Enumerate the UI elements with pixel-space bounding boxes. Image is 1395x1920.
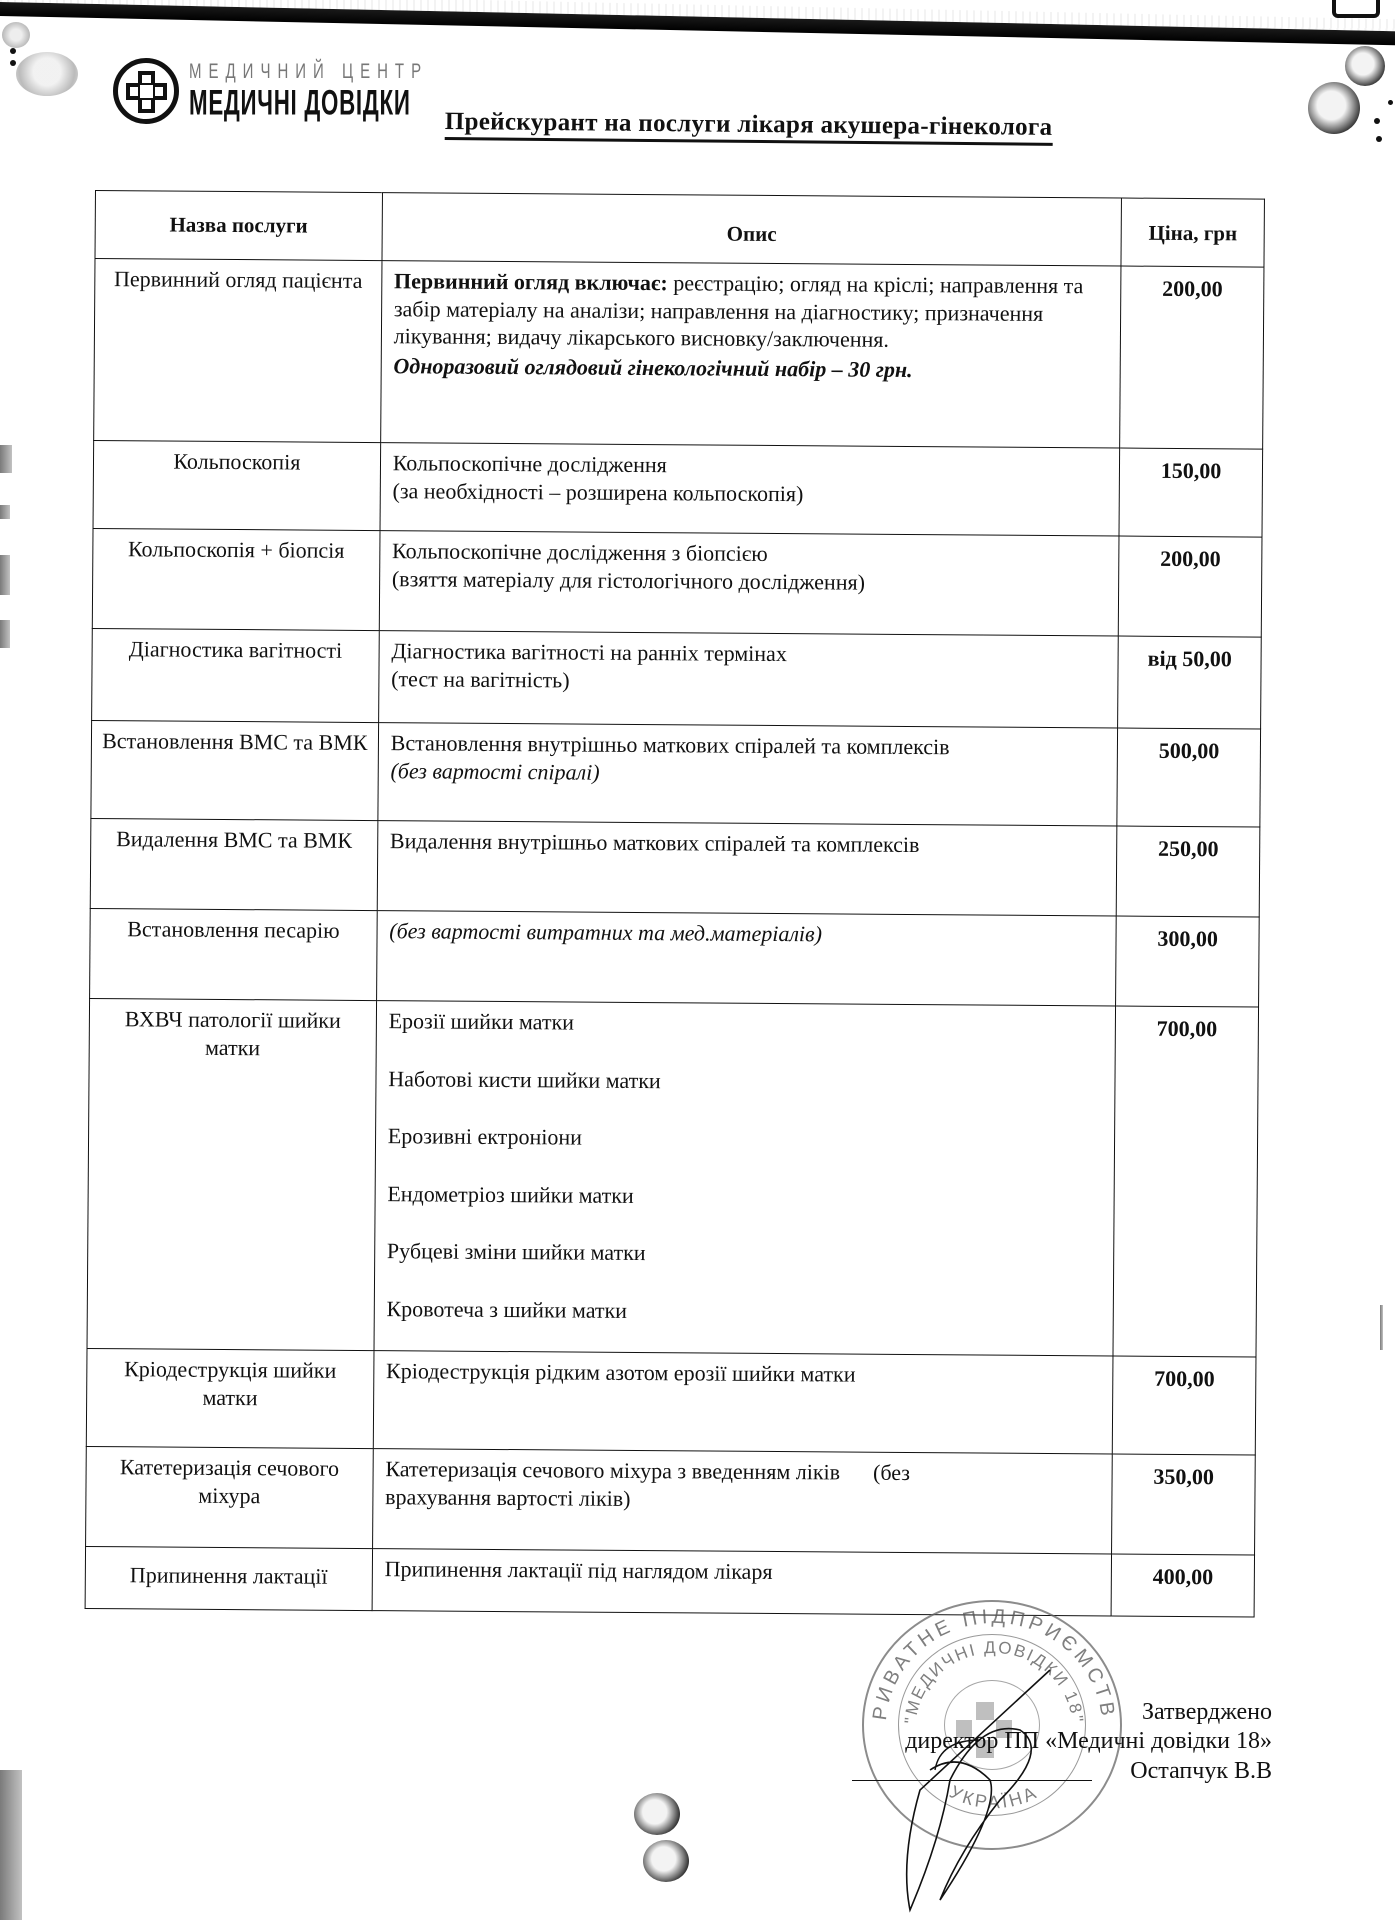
punch-hole-mark (1308, 82, 1360, 134)
description-line: (тест на вагітність) (391, 665, 1106, 698)
header-description: Опис (382, 193, 1122, 266)
scan-artifact (1332, 0, 1380, 18)
service-description: Встановлення внутрішньо маткових спірале… (378, 723, 1118, 826)
punch-hole-mark (2, 22, 30, 48)
service-name: Катетеризація сечового міхура (86, 1446, 373, 1548)
description-note: Одноразовий оглядовий гінекологічний наб… (393, 352, 1108, 385)
service-name: Діагностика вагітності (92, 628, 379, 722)
scan-edge-mark (1380, 1305, 1383, 1350)
table-row: Діагностика вагітності Діагностика вагіт… (92, 628, 1262, 729)
service-price: 150,00 (1119, 448, 1262, 537)
service-price: 500,00 (1117, 728, 1261, 827)
service-price: 200,00 (1120, 266, 1264, 449)
service-name: Кріодеструкція шийки матки (86, 1348, 373, 1448)
service-name: Припинення лактації (85, 1546, 372, 1610)
approval-signatory: Остапчук В.В (905, 1757, 1272, 1786)
table-header-row: Назва послуги Опис Ціна, грн (95, 191, 1264, 268)
condition-item: Кровотеча з шийки матки (386, 1295, 1101, 1328)
medical-cross-icon (113, 58, 179, 124)
punch-hole-mark (16, 52, 78, 96)
service-description: Кольпоскопічне дослідження (за необхідно… (380, 443, 1120, 536)
service-description: Кріодеструкція рідким азотом ерозії шийк… (373, 1351, 1113, 1454)
description-line: (за необхідності – розширена кольпоскопі… (392, 477, 1107, 510)
service-price: 250,00 (1116, 826, 1259, 917)
service-price: 700,00 (1113, 1006, 1258, 1357)
logo-name: МЕДИЧНІ ДОВІДКИ (189, 85, 411, 121)
description-line: Припинення лактації під наглядом лікаря (385, 1555, 1100, 1588)
price-table: Назва послуги Опис Ціна, грн Первинний о… (85, 190, 1265, 1618)
description-italic-note: (без вартості спіралі) (390, 757, 1105, 790)
table-row: Катетеризація сечового міхура Катетериза… (86, 1446, 1256, 1555)
table-row: Встановлення ВМС та ВМК Встановлення вну… (91, 720, 1261, 827)
service-description: Катетеризація сечового міхура з введення… (372, 1449, 1112, 1554)
service-name: Видалення ВМС та ВМК (90, 818, 377, 910)
service-price: 350,00 (1112, 1454, 1256, 1555)
header-price: Ціна, грн (1121, 198, 1264, 267)
description-line: Видалення внутрішньо маткових спіралей т… (390, 827, 1105, 860)
table-row: Встановлення песарію (без вартості витра… (90, 908, 1260, 1007)
header-service-name: Назва послуги (95, 191, 382, 261)
service-name: Кольпоскопія (93, 440, 380, 530)
service-description: Видалення внутрішньо маткових спіралей т… (377, 821, 1117, 916)
scan-edge-mark (0, 555, 10, 595)
service-description: Діагностика вагітності на ранніх терміна… (378, 631, 1118, 728)
condition-item: Ерозивні ектроніони (388, 1122, 1103, 1155)
approval-block: Затверджено директор ПП «Медичні довідки… (905, 1698, 1272, 1786)
description-line: Кріодеструкція рідким азотом ерозії шийк… (386, 1357, 1101, 1390)
description-italic-note: (без вартості витратних та мед.матеріалі… (389, 917, 1104, 950)
service-price: 400,00 (1111, 1554, 1254, 1617)
approval-label: Затверджено (905, 1698, 1272, 1727)
scan-dot (10, 60, 16, 66)
scan-edge-mark (0, 505, 10, 519)
service-description: Первинний огляд включає: реєстрацію; огл… (380, 261, 1121, 448)
page-title: Прейскурант на послуги лікаря акушера-гі… (445, 108, 1053, 146)
table-row: Видалення ВМС та ВМК Видалення внутрішнь… (90, 818, 1260, 917)
condition-item: Рубцеві зміни шийки матки (387, 1237, 1102, 1270)
punch-hole-mark (1345, 46, 1385, 86)
approval-position: директор ПП «Медичні довідки 18» (905, 1727, 1272, 1756)
service-price: від 50,00 (1118, 636, 1261, 729)
clinic-logo: МЕДИЧНИЙ ЦЕНТР МЕДИЧНІ ДОВІДКИ (113, 58, 497, 124)
scan-edge-shadow (0, 2, 1395, 46)
price-table-container: Назва послуги Опис Ціна, грн Первинний о… (85, 190, 1265, 1618)
service-name: Кольпоскопія + біопсія (92, 528, 379, 630)
service-price: 300,00 (1116, 916, 1259, 1007)
scan-dot (1388, 100, 1393, 105)
service-name: Встановлення песарію (90, 908, 377, 1000)
punch-hole-mark (643, 1840, 689, 1882)
table-row: Кріодеструкція шийки матки Кріодеструкці… (86, 1348, 1256, 1455)
scan-dot (1376, 136, 1382, 142)
scan-edge-mark (0, 445, 12, 473)
punch-hole-mark (634, 1793, 680, 1835)
condition-item: Ендометріоз шийки матки (387, 1180, 1102, 1213)
service-description: (без вартості витратних та мед.матеріалі… (376, 911, 1116, 1006)
service-price: 200,00 (1118, 536, 1262, 637)
scan-dot (1374, 118, 1380, 124)
service-description: Кольпоскопічне дослідження з біопсією (в… (379, 531, 1119, 636)
description-line: врахування вартості ліків) (385, 1483, 1100, 1516)
condition-item: Ерозії шийки матки (389, 1007, 1104, 1040)
service-name: Встановлення ВМС та ВМК (91, 720, 378, 820)
condition-item: Наботові кисти шийки матки (388, 1065, 1103, 1098)
logo-subtitle: МЕДИЧНИЙ ЦЕНТР (189, 61, 497, 82)
table-row: ВХВЧ патології шийки матки Ерозії шийки … (87, 998, 1259, 1357)
service-price: 700,00 (1112, 1356, 1256, 1455)
service-name: Первинний огляд пацієнта (94, 259, 382, 443)
table-row: Кольпоскопія + біопсія Кольпоскопічне до… (92, 528, 1262, 637)
scan-dot (10, 48, 16, 54)
description-bold-lead: Первинний огляд включає: (394, 268, 668, 295)
description-line: (взяття матеріалу для гістологічного дос… (392, 565, 1107, 598)
table-row: Кольпоскопія Кольпоскопічне дослідження … (93, 440, 1263, 537)
scan-edge-mark (0, 1770, 22, 1920)
service-name: ВХВЧ патології шийки матки (87, 998, 376, 1350)
table-row: Первинний огляд пацієнта Первинний огляд… (94, 259, 1264, 450)
service-description: Ерозії шийки матки Наботові кисти шийки … (374, 1001, 1116, 1356)
scan-edge-mark (0, 620, 10, 648)
